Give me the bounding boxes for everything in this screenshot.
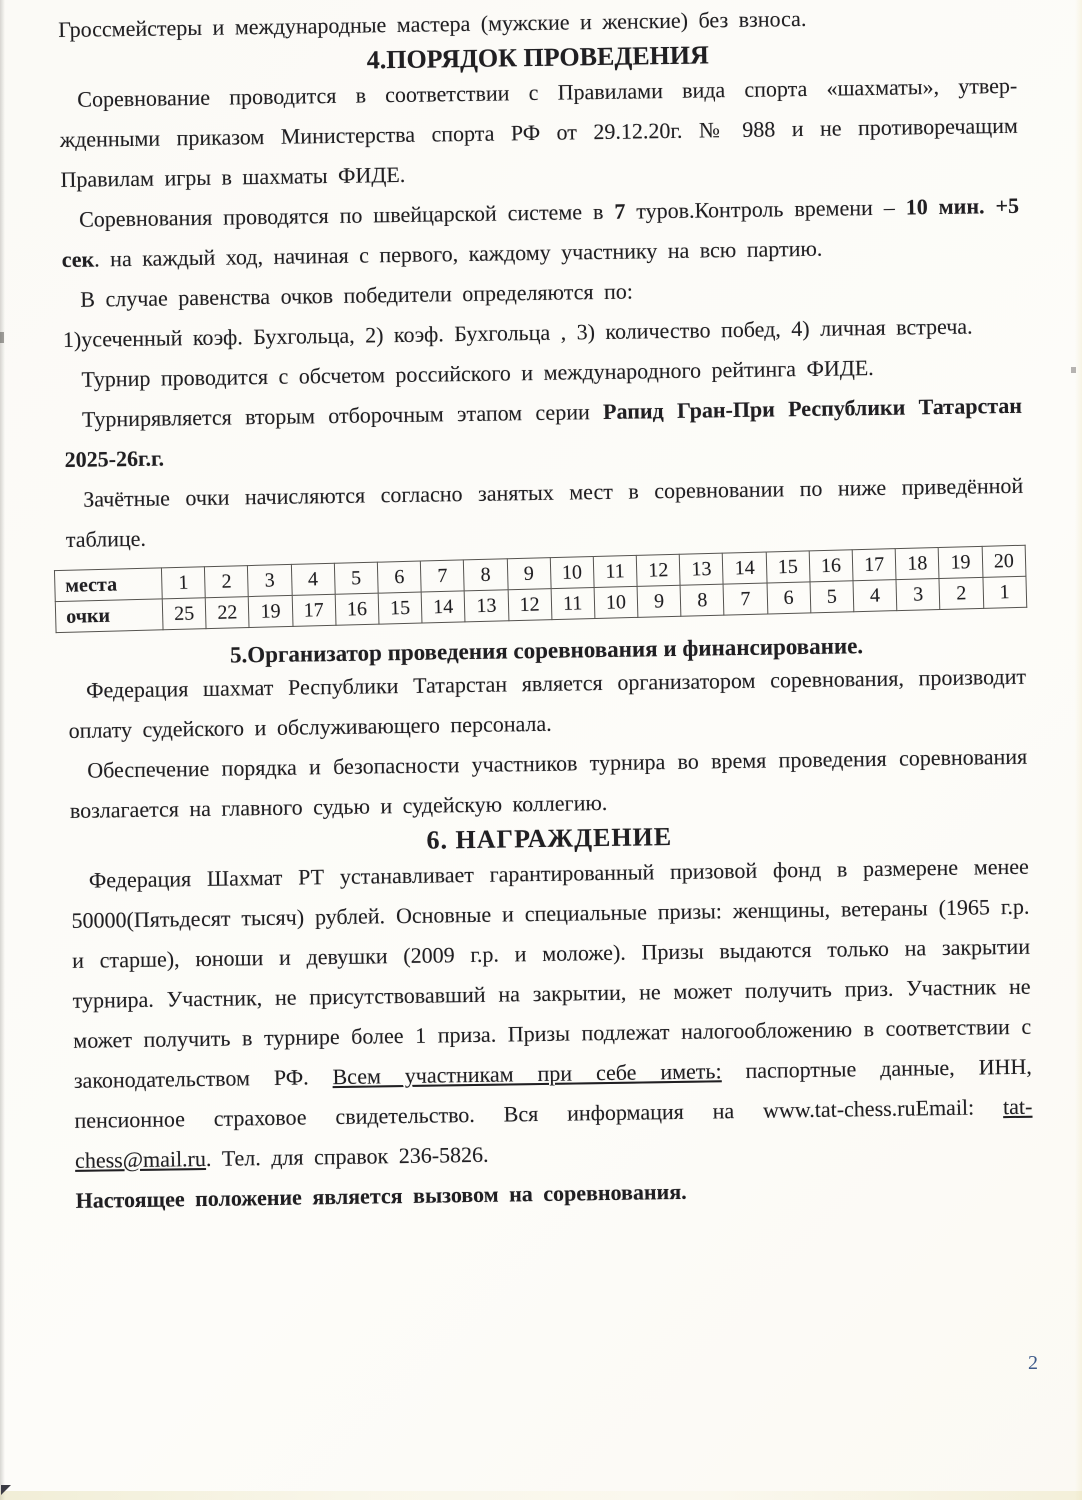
points-cell: 6 — [767, 582, 811, 614]
points-cell: 9 — [637, 585, 681, 617]
place-cell: 4 — [291, 563, 335, 595]
place-cell: 2 — [205, 566, 249, 598]
points-cell: 10 — [594, 586, 638, 618]
text-segment: 6. НАГРАЖДЕНИЕ — [426, 822, 672, 855]
page-number: 2 — [1028, 1352, 1038, 1375]
points-cell: 7 — [723, 583, 767, 615]
points-cell: 25 — [162, 598, 206, 630]
place-cell: 20 — [982, 545, 1026, 577]
place-cell: 17 — [852, 549, 896, 581]
place-cell: 5 — [334, 562, 378, 594]
paragraph-awards: Федерация Шахмат РТ устанавливает гарант… — [71, 847, 1034, 1181]
text-segment: туров.Контроль времени – — [625, 194, 906, 223]
place-cell: 1 — [161, 567, 205, 599]
text-segment: . Тел. для справок 236-5826. — [206, 1142, 489, 1171]
text-segment: 1)усеченный коэф. Бухгольца, 2) коэф. Бу… — [63, 313, 973, 351]
points-cell: 15 — [378, 592, 422, 624]
document-body: Гроссмейстеры и международные мастера (м… — [0, 0, 1082, 1222]
points-cell: 17 — [292, 594, 336, 626]
place-cell: 6 — [377, 561, 421, 593]
text-segment: Турнирявляется вторым отборочным этапом … — [82, 399, 603, 432]
place-cell: 11 — [593, 555, 637, 587]
text-segment: Турнир проводится с обсчетом российского… — [81, 355, 874, 392]
place-cell: 19 — [939, 546, 983, 578]
paragraph-swiss-system: Соревнования проводятся по швейцарской с… — [61, 186, 1020, 280]
place-cell: 9 — [507, 558, 551, 590]
place-cell: 10 — [550, 557, 594, 589]
place-cell: 16 — [809, 550, 853, 582]
points-label: очки — [55, 599, 163, 633]
text-segment: В случае равенства очков победители опре… — [80, 279, 633, 312]
place-cell: 7 — [420, 560, 464, 592]
scan-speck-artifact — [1071, 367, 1076, 373]
text-segment: Зачётные очки начисляются согласно занят… — [66, 473, 1024, 552]
points-cell: 16 — [335, 593, 379, 625]
points-cell: 11 — [551, 588, 595, 620]
points-cell: 13 — [464, 590, 508, 622]
scanned-document-page: Гроссмейстеры и международные мастера (м… — [0, 0, 1082, 1500]
text-segment: Соревнования проводятся по швейцарской с… — [79, 199, 615, 232]
place-cell: 8 — [464, 559, 508, 591]
place-cell: 18 — [895, 547, 939, 579]
place-cell: 12 — [636, 554, 680, 586]
points-cell: 4 — [853, 580, 897, 612]
places-label: места — [54, 568, 162, 602]
scan-edge-artifact — [0, 1491, 1082, 1500]
points-cell: 3 — [896, 578, 940, 610]
text-segment: Настоящее положение является вызовом на … — [75, 1179, 686, 1213]
points-cell: 19 — [249, 595, 293, 627]
points-cell: 22 — [205, 597, 249, 629]
text-segment: 4.ПОРЯДОК ПРОВЕДЕНИЯ — [367, 40, 709, 74]
text-segment: . на каждый ход, начиная с первого, кажд… — [94, 236, 823, 272]
points-cell: 5 — [810, 581, 854, 613]
text-segment: Гроссмейстеры и международные мастера (м… — [58, 6, 806, 42]
text-segment: Федерация шахмат Республики Татарстан яв… — [69, 664, 1027, 743]
paragraph-organizer: Федерация шахмат Республики Татарстан яв… — [68, 657, 1027, 751]
points-cell: 2 — [939, 577, 983, 609]
paragraph-rules-compliance: Соревнование проводится в соответствии с… — [59, 66, 1019, 200]
place-cell: 3 — [248, 564, 292, 596]
text-segment: Соревнование проводится в соответствии с… — [60, 73, 1018, 192]
points-cell: 12 — [508, 589, 552, 621]
place-cell: 13 — [680, 553, 724, 585]
text-segment: Обеспечение порядка и безопасности участ… — [70, 744, 1028, 823]
scan-edge-artifact — [0, 0, 5, 1500]
paragraph-security: Обеспечение порядка и безопасности участ… — [69, 737, 1028, 831]
text-segment: 7 — [614, 199, 625, 224]
place-cell: 14 — [723, 552, 767, 584]
paragraph-points-allocation: Зачётные очки начисляются согласно занят… — [65, 466, 1024, 560]
paragraph-grand-prix-series: Турнирявляется вторым отборочным этапом … — [64, 386, 1023, 480]
points-cell: 8 — [680, 584, 724, 616]
place-cell: 15 — [766, 551, 810, 583]
points-cell: 14 — [421, 591, 465, 623]
text-segment: Всем участникам при себе иметь: — [332, 1058, 721, 1089]
scan-speck-artifact — [0, 332, 4, 343]
scan-edge-artifact — [1075, 0, 1082, 1500]
points-cell: 1 — [983, 576, 1027, 608]
